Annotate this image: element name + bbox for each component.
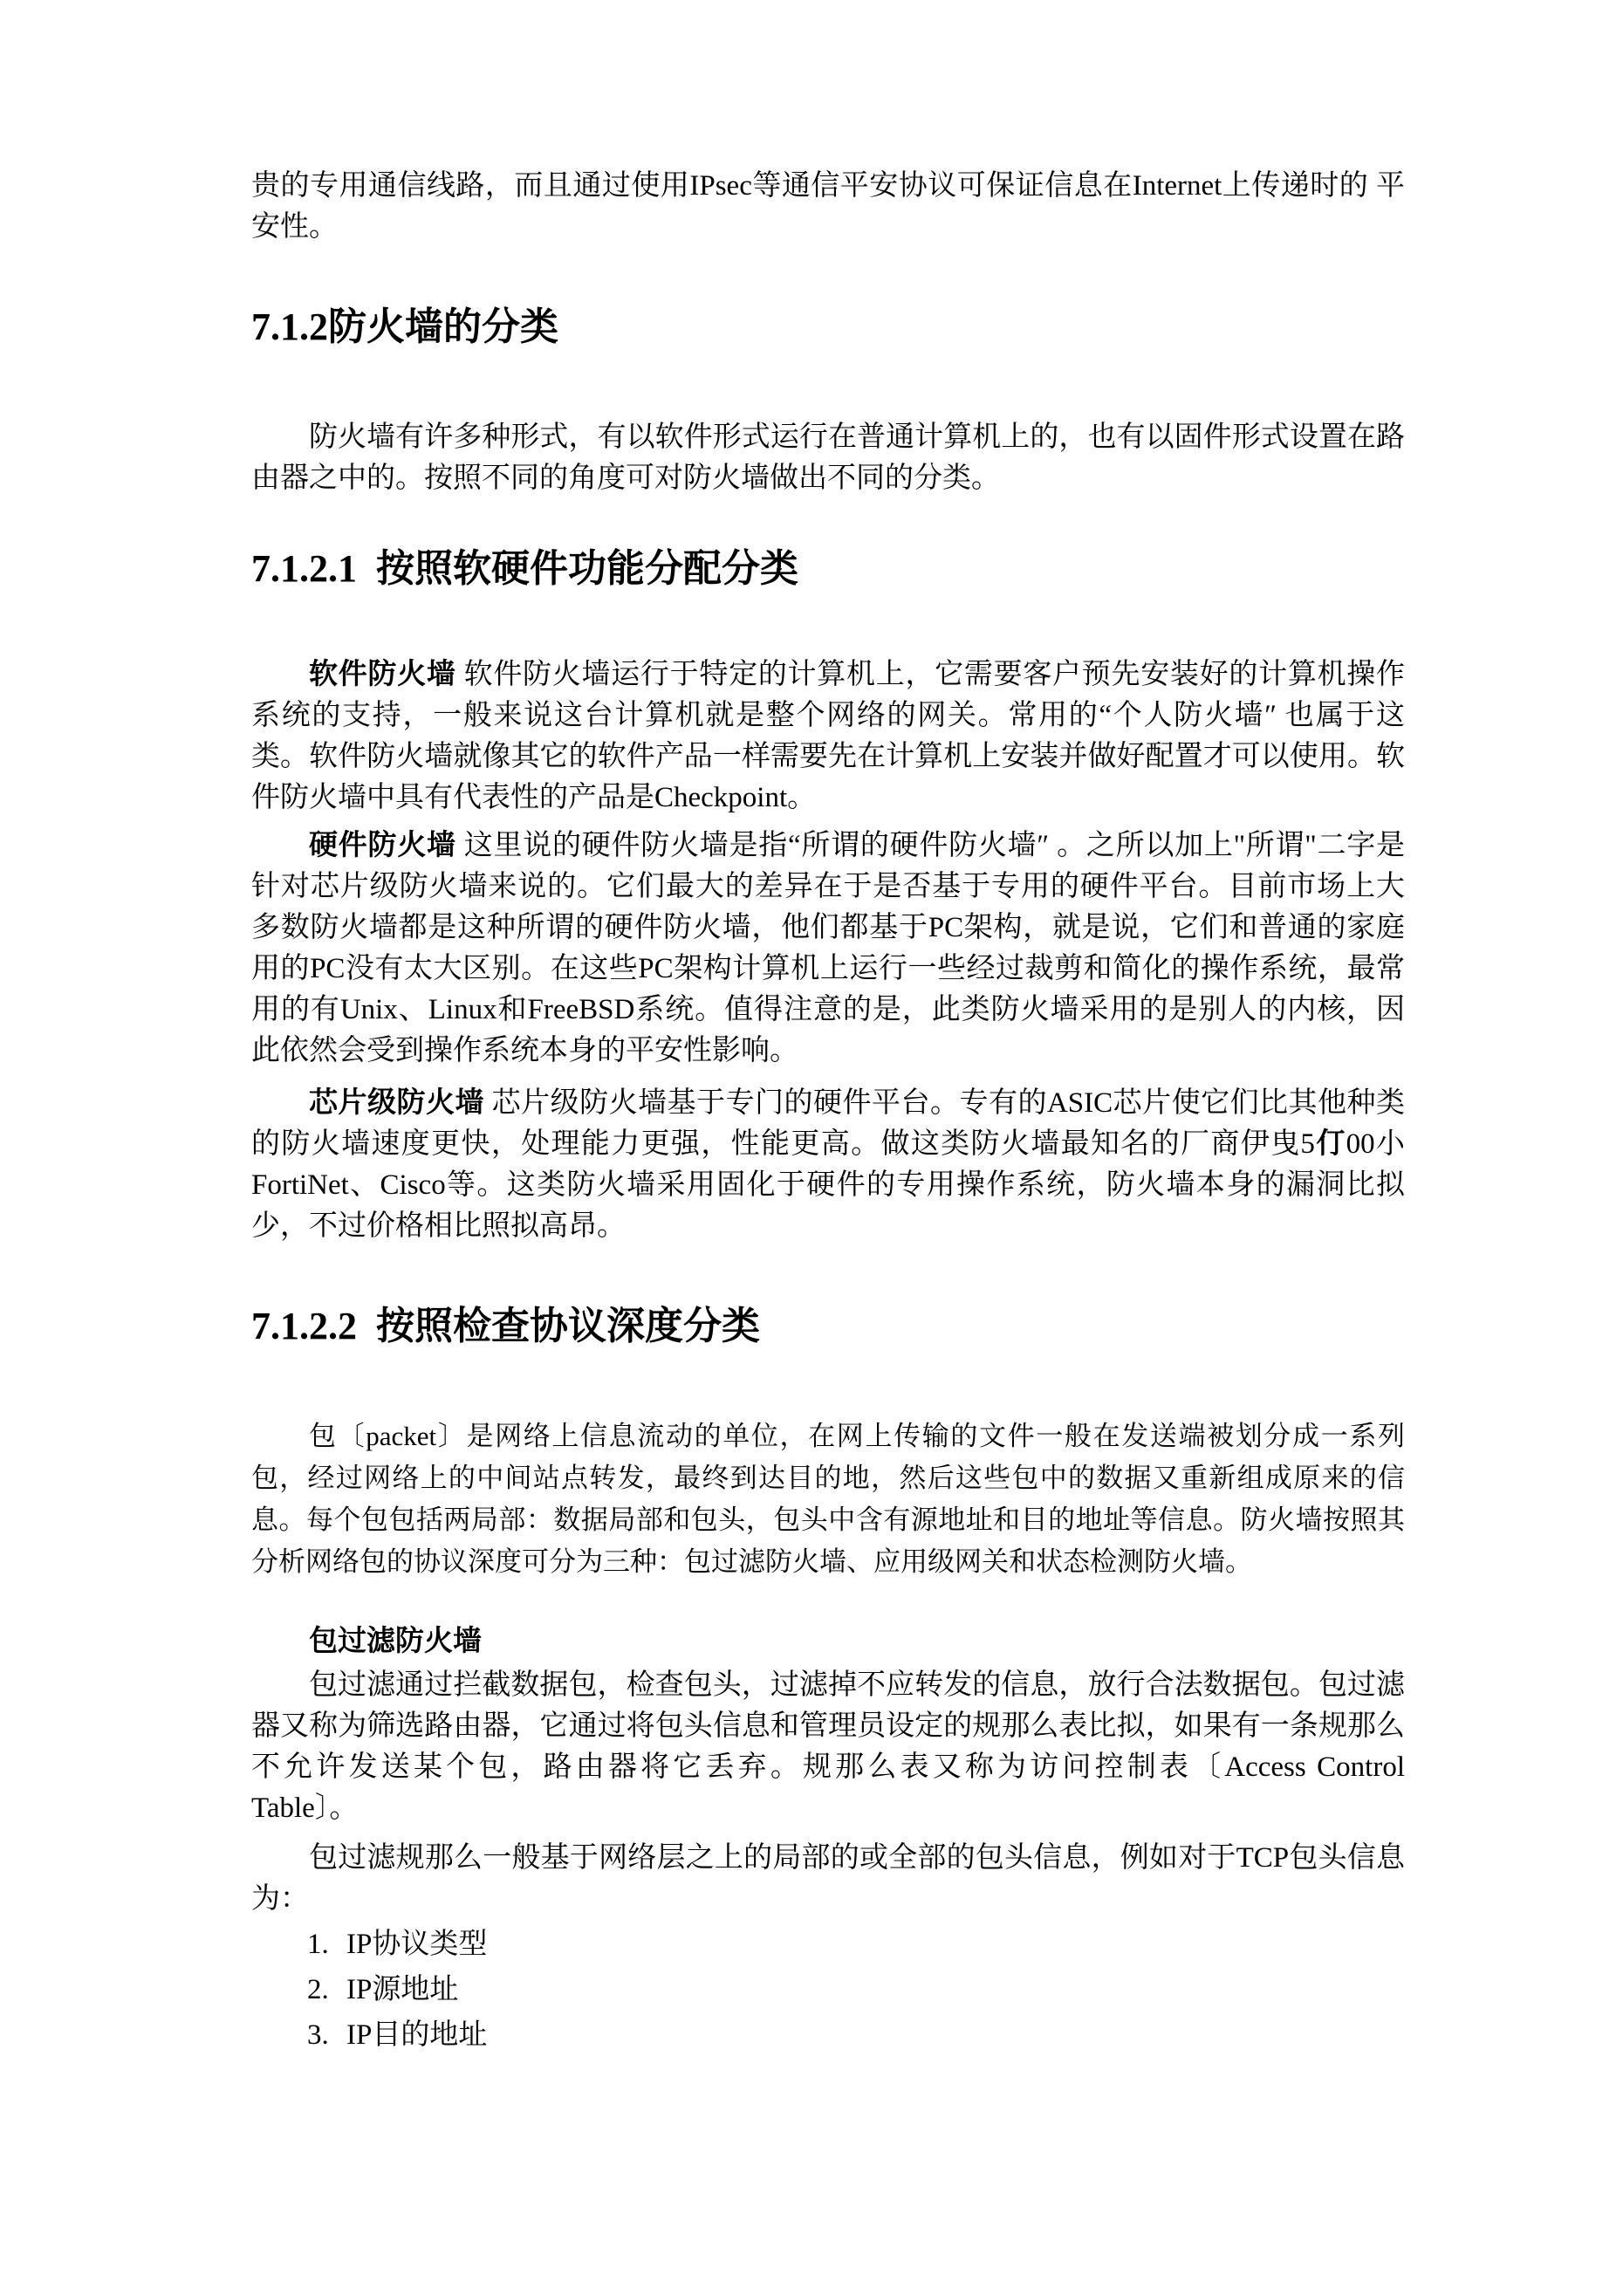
document-page: 贵的专用通信线路，而且通过使用IPsec等通信平安协议可保证信息在Interne… (0, 0, 1623, 2296)
section-heading-7-1-2: 7.1.2防火墙的分类 (251, 301, 1405, 353)
term-hardware-firewall: 硬件防火墙 (309, 830, 456, 861)
paragraph-packet-filter-rules: 包过滤规那么一般基于网络层之上的局部的或全部的包头信息，例如对于TCP包头信息为… (251, 1838, 1405, 1920)
list-item: 3. IP目的地址 (307, 2012, 1405, 2058)
list-item-number: 1. (307, 1922, 346, 1967)
list-item-text: IP协议类型 (346, 1922, 487, 1967)
document-content: 贵的专用通信线路，而且通过使用IPsec等通信平安协议可保证信息在Interne… (251, 0, 1405, 2058)
list-item-text: IP目的地址 (346, 2012, 487, 2058)
paragraph-packet-filter: 包过滤通过拦截数据包，检查包头，过滤掉不应转发的信息，放行合法数据包。包过滤 器… (251, 1665, 1405, 1829)
paragraph-hardware-firewall-text: 这里说的硬件防火墙是指“所谓的硬件防火墙″ 。之所以加上"所谓"二字是针对芯片级… (251, 830, 1405, 1066)
list-item-text: IP源地址 (346, 1967, 458, 2012)
section-heading-7-1-2-1: 7.1.2.1 按照软硬件功能分配分类 (251, 543, 1405, 595)
paragraph-software-firewall: 软件防火墙 软件防火墙运行于特定的计算机上，它需要客户预先安装好的计算机操作系统… (251, 655, 1405, 819)
list-item: 1. IP协议类型 (307, 1922, 1405, 1967)
list-item-number: 2. (307, 1967, 346, 2012)
term-chip-firewall: 芯片级防火墙 (309, 1087, 484, 1119)
section-heading-7-1-2-2: 7.1.2.2 按照检查协议深度分类 (251, 1300, 1405, 1353)
paragraph-chip-firewall-bold-char: 仃 (1315, 1128, 1346, 1160)
paragraph-chip-firewall: 芯片级防火墙 芯片级防火墙基于专门的硬件平台。专有的ASIC芯片使它们比其他种类… (251, 1083, 1405, 1247)
paragraph-continuation: 贵的专用通信线路，而且通过使用IPsec等通信平安协议可保证信息在Interne… (251, 166, 1405, 248)
paragraph-firewall-forms: 防火墙有许多种形式，有以软件形式运行在普通计算机上的，也有以固件形式设置在路由器… (251, 417, 1405, 499)
paragraph-hardware-firewall: 硬件防火墙 这里说的硬件防火墙是指“所谓的硬件防火墙″ 。之所以加上"所谓"二字… (251, 826, 1405, 1072)
paragraph-packet-definition: 包〔packet〕是网络上信息流动的单位，在网上传输的文件一般在发送端被划分成一… (251, 1415, 1405, 1583)
list-item-number: 3. (307, 2012, 346, 2058)
list-item: 2. IP源地址 (307, 1967, 1405, 2012)
subheading-packet-filter-firewall: 包过滤防火墙 (251, 1621, 1405, 1662)
term-software-firewall: 软件防火墙 (309, 659, 456, 690)
tcp-header-list: 1. IP协议类型 2. IP源地址 3. IP目的地址 (251, 1922, 1405, 2058)
